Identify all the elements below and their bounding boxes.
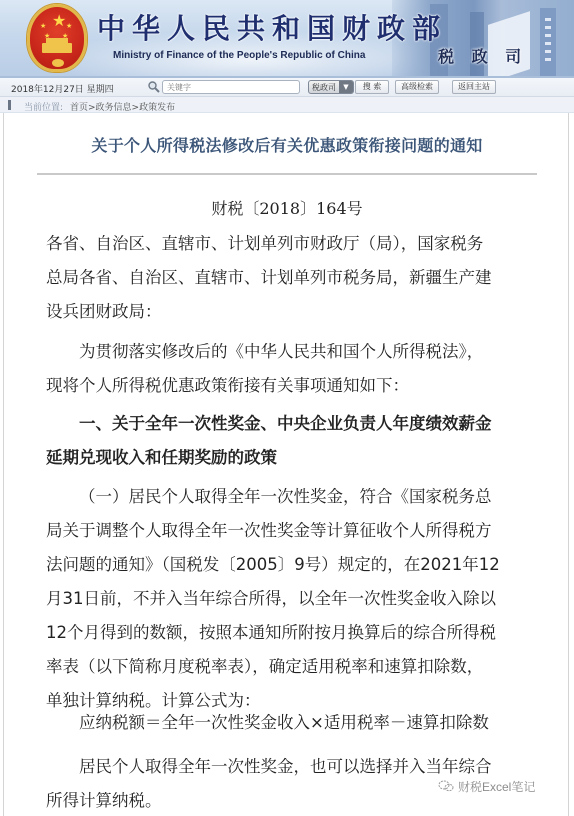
search-scope-value: 税政司 bbox=[312, 83, 336, 92]
building-tower bbox=[540, 8, 556, 78]
text-line: 设兵团财政局： bbox=[46, 295, 518, 329]
text-line: 为贯彻落实修改后的《中华人民共和国个人所得税法》， bbox=[46, 335, 518, 369]
text-line: 延期兑现收入和任期奖励的政策 bbox=[46, 441, 518, 475]
breadcrumb-label: 当前位置: bbox=[24, 100, 63, 113]
document-number: 财税〔2018〕164号 bbox=[4, 196, 570, 219]
search-scope-select[interactable]: 税政司 ▼ bbox=[308, 80, 354, 94]
watermark: 财税Excel笔记 bbox=[438, 778, 535, 795]
search-button[interactable]: 搜 索 bbox=[355, 80, 389, 94]
formula-paragraph: 应纳税额＝全年一次性奖金收入×适用税率－速算扣除数 bbox=[46, 706, 518, 740]
text-line: 法问题的通知》（国税发〔2005〕9号）规定的，在2021年12 bbox=[46, 548, 518, 582]
search-input[interactable] bbox=[162, 80, 300, 94]
return-home-button[interactable]: 返回主站 bbox=[452, 80, 496, 94]
text-line: 月31日前，不并入当年综合所得，以全年一次性奖金收入除以 bbox=[46, 582, 518, 616]
text-line: 现将个人所得税优惠政策衔接有关事项通知如下： bbox=[46, 369, 518, 403]
text-line: 一、关于全年一次性奖金、中央企业负责人年度绩效薪金 bbox=[46, 407, 518, 441]
text-line: 局关于调整个人取得全年一次性奖金等计算征收个人所得税方 bbox=[46, 514, 518, 548]
addressee-paragraph: 各省、自治区、直辖市、计划单列市财政厅（局），国家税务 总局各省、自治区、直辖市… bbox=[46, 227, 518, 329]
watermark-text: 财税Excel笔记 bbox=[458, 780, 535, 794]
breadcrumb-marker-icon bbox=[8, 100, 11, 110]
breadcrumb-path[interactable]: 首页>政务信息>政策发布 bbox=[70, 100, 175, 113]
text-line: 各省、自治区、直辖市、计划单列市财政厅（局），国家税务 bbox=[46, 227, 518, 261]
tax-formula: 应纳税额＝全年一次性奖金收入×适用税率－速算扣除数 bbox=[46, 706, 518, 740]
chevron-down-icon[interactable]: ▼ bbox=[339, 81, 353, 93]
advanced-search-button[interactable]: 高级检索 bbox=[395, 80, 439, 94]
article-body: 关于个人所得税法修改后有关优惠政策衔接问题的通知 财税〔2018〕164号 各省… bbox=[3, 113, 569, 816]
title-divider bbox=[37, 173, 537, 175]
wechat-icon bbox=[438, 780, 454, 792]
breadcrumb: 当前位置: 首页>政务信息>政策发布 bbox=[0, 97, 574, 113]
article-title: 关于个人所得税法修改后有关优惠政策衔接问题的通知 bbox=[4, 133, 570, 156]
search-icon bbox=[147, 80, 161, 94]
section-heading: 一、关于全年一次性奖金、中央企业负责人年度绩效薪金 延期兑现收入和任期奖励的政策 bbox=[46, 407, 518, 475]
site-banner: ★ ★ ★ ★ ★ 中华人民共和国财政部 Ministry of Finance… bbox=[0, 0, 574, 78]
national-emblem-icon: ★ ★ ★ ★ ★ bbox=[27, 4, 87, 72]
intro-paragraph: 为贯彻落实修改后的《中华人民共和国个人所得税法》， 现将个人所得税优惠政策衔接有… bbox=[46, 335, 518, 403]
current-date: 2018年12月27日 星期四 bbox=[11, 82, 114, 95]
text-line: 12个月得到的数额，按照本通知所附按月换算后的综合所得税 bbox=[46, 616, 518, 650]
text-line: 率表（以下简称月度税率表），确定适用税率和速算扣除数， bbox=[46, 650, 518, 684]
department-name: 税 政 司 bbox=[438, 44, 527, 67]
ministry-title-en: Ministry of Finance of the People's Repu… bbox=[113, 50, 365, 61]
search-toolbar: 2018年12月27日 星期四 税政司 ▼ 搜 索 高级检索 返回主站 bbox=[0, 78, 574, 97]
text-line: 总局各省、自治区、直辖市、计划单列市税务局，新疆生产建 bbox=[46, 261, 518, 295]
clause-paragraph: （一）居民个人取得全年一次性奖金，符合《国家税务总 局关于调整个人取得全年一次性… bbox=[46, 480, 518, 718]
ministry-title-cn: 中华人民共和国财政部 bbox=[97, 7, 447, 47]
text-line: （一）居民个人取得全年一次性奖金，符合《国家税务总 bbox=[46, 480, 518, 514]
